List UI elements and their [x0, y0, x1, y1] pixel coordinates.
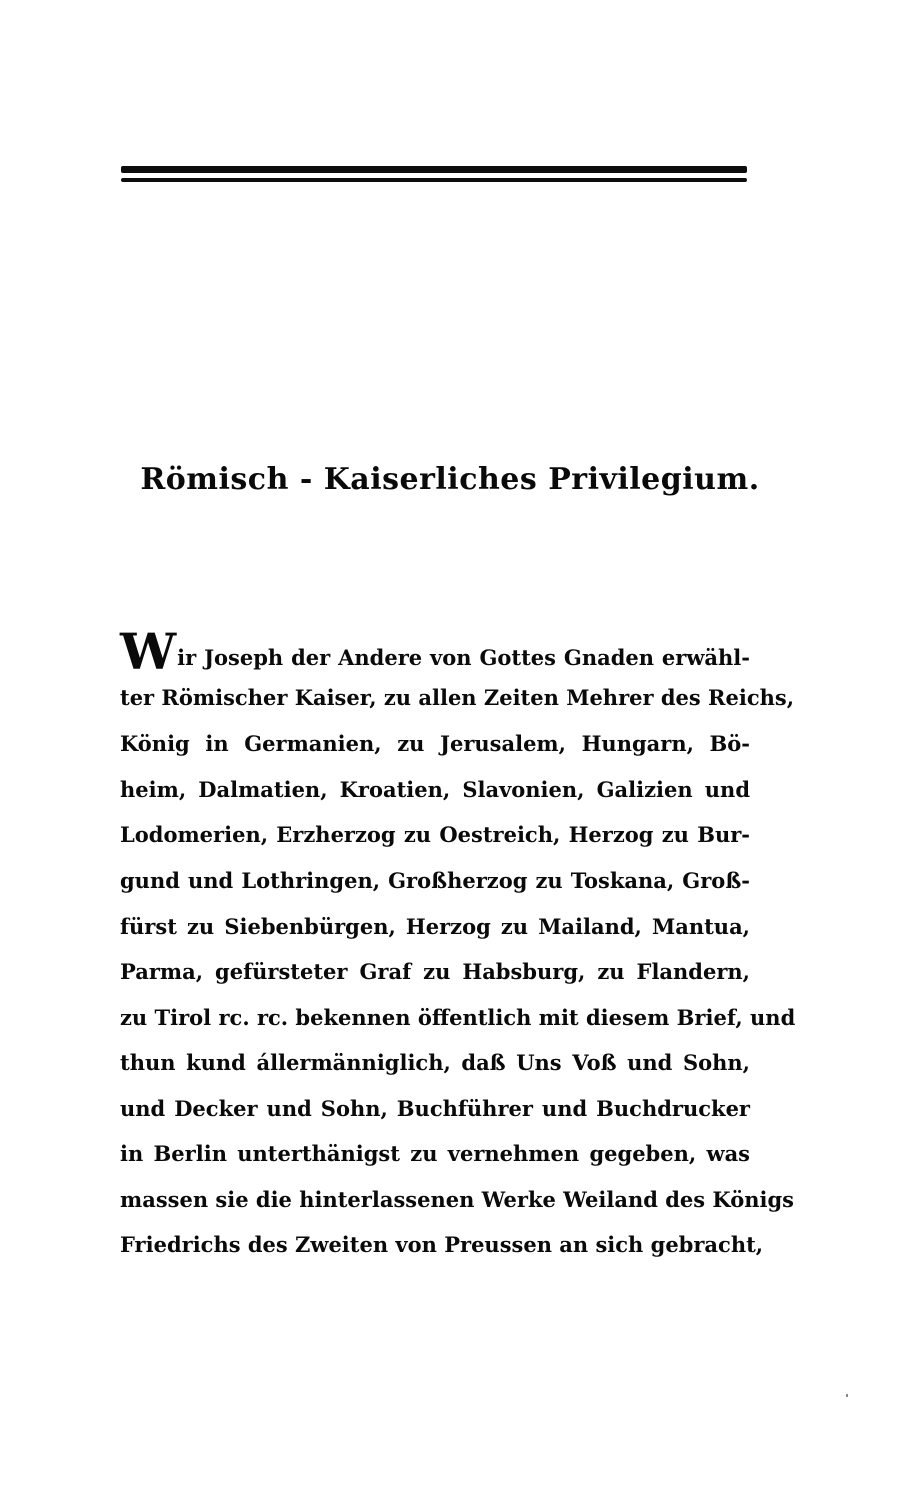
text-line: gund und Lothringen, Großherzog zu Toska…: [120, 861, 750, 901]
text-line-content: ir Joseph der Andere von Gottes Gnaden e…: [177, 645, 750, 670]
scan-speck: [846, 1394, 848, 1397]
page-title: Römisch - Kaiserliches Privilegium.: [0, 462, 900, 497]
header-rule-thick: [121, 166, 747, 173]
text-line: heim, Dalmatien, Kroatien, Slavonien, Ga…: [120, 770, 750, 810]
text-line: Parma, gefürsteter Graf zu Habsburg, zu …: [120, 952, 750, 992]
text-line: Lodomerien, Erzherzog zu Oestreich, Herz…: [120, 815, 750, 855]
text-line: zu Tirol rc. rc. bekennen öffentlich mit…: [120, 998, 750, 1038]
text-line: in Berlin unterthänigst zu vernehmen geg…: [120, 1134, 750, 1174]
text-line: thun kund állermänniglich, daß Uns Voß u…: [120, 1043, 750, 1083]
text-line: massen sie die hinterlassenen Werke Weil…: [120, 1180, 750, 1220]
text-line: fürst zu Siebenbürgen, Herzog zu Mailand…: [120, 907, 750, 947]
text-line: Wir Joseph der Andere von Gottes Gnaden …: [120, 632, 750, 672]
document-page: Römisch - Kaiserliches Privilegium. Wir …: [0, 0, 900, 1499]
text-line: König in Germanien, zu Jerusalem, Hungar…: [120, 724, 750, 764]
header-rule-thin: [121, 178, 747, 182]
text-line: und Decker und Sohn, Buchführer und Buch…: [120, 1089, 750, 1129]
text-line: ter Römischer Kaiser, zu allen Zeiten Me…: [120, 678, 750, 718]
drop-cap: W: [120, 622, 176, 681]
text-line: Friedrichs des Zweiten von Preussen an s…: [120, 1225, 750, 1265]
